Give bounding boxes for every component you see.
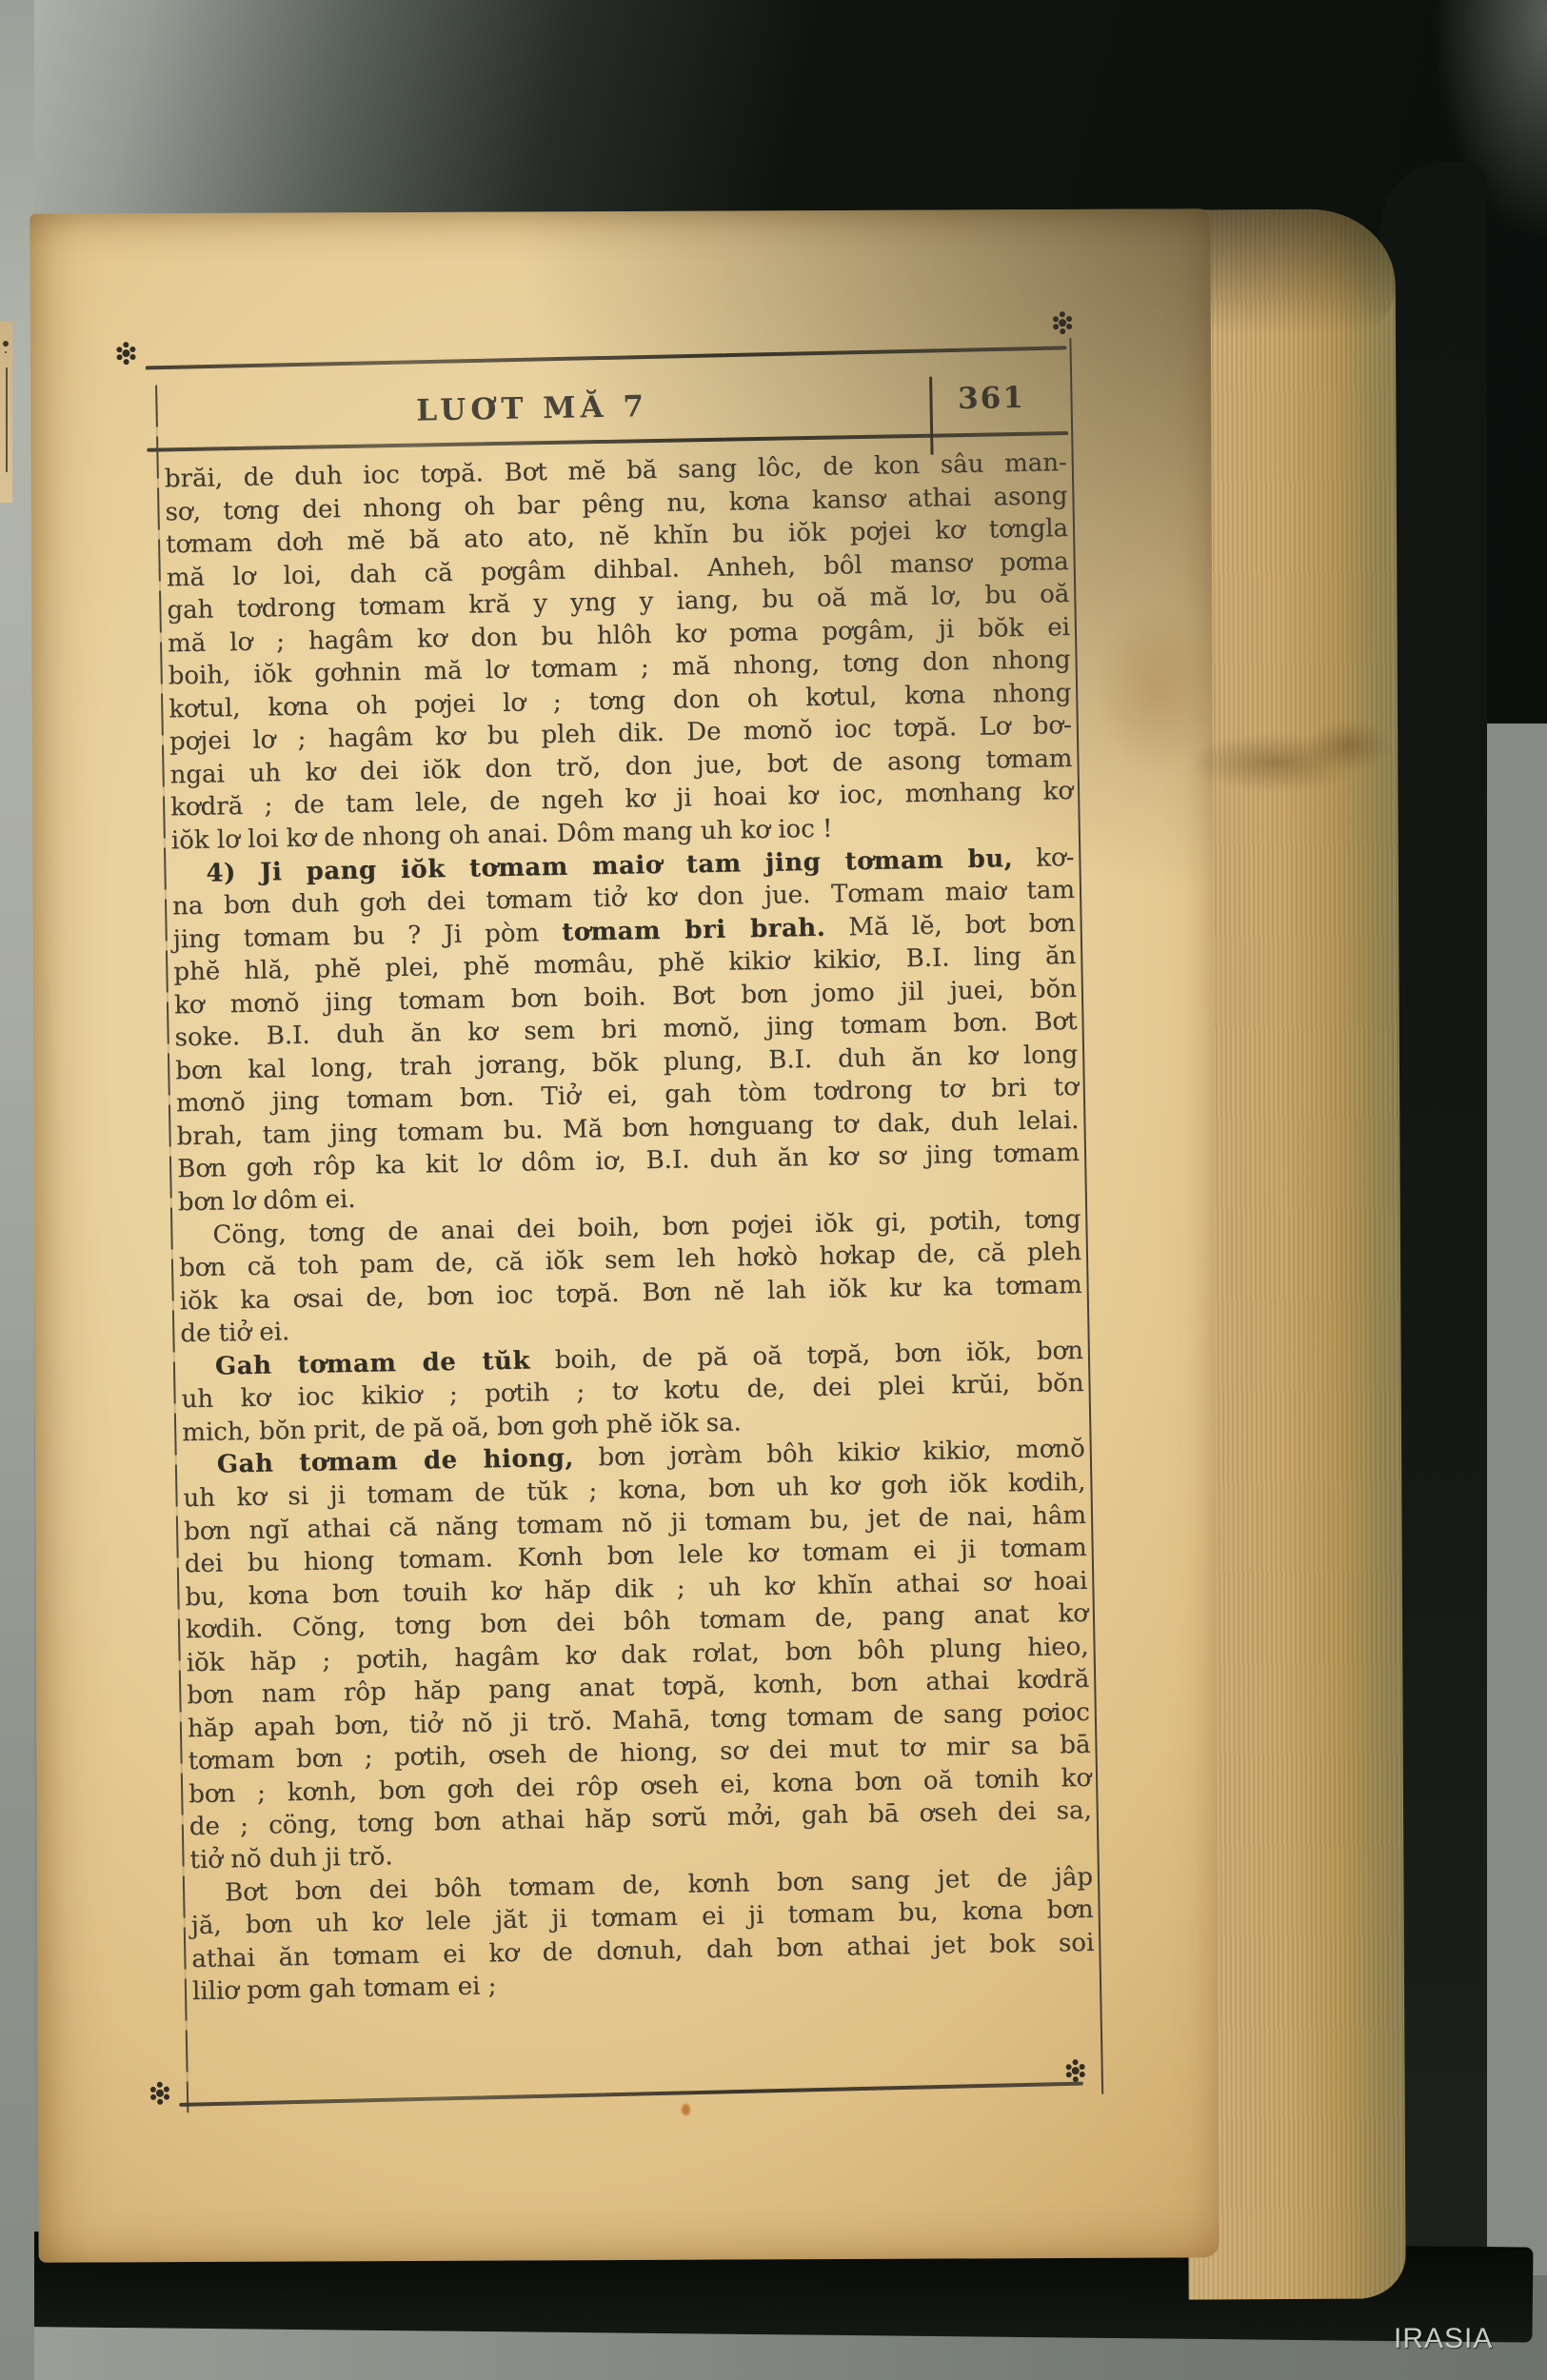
page-number: 361 [939, 380, 1044, 416]
header-divider [929, 377, 934, 455]
watermark: IRASIA [1394, 2323, 1493, 2355]
facing-page-sliver [0, 322, 12, 503]
fore-edge-stain [1195, 700, 1399, 814]
scanned-book-photo: LUƠT MĂ 7 361 brăi, de duh ioc tơpă. Bơt… [0, 0, 1547, 2380]
ornament-top-right-icon [1059, 319, 1066, 327]
footer-rule [179, 2082, 1083, 2107]
text-block: brăi, de duh ioc tơpă. Bơt mĕ bă sang lô… [165, 446, 1096, 2009]
ornament-bottom-right-icon [1072, 2067, 1080, 2074]
header-top-rule [146, 346, 1067, 369]
running-title: LUƠT MĂ 7 [134, 385, 930, 433]
printed-area: LUƠT MĂ 7 361 brăi, de duh ioc tơpă. Bơt… [133, 311, 1119, 2137]
